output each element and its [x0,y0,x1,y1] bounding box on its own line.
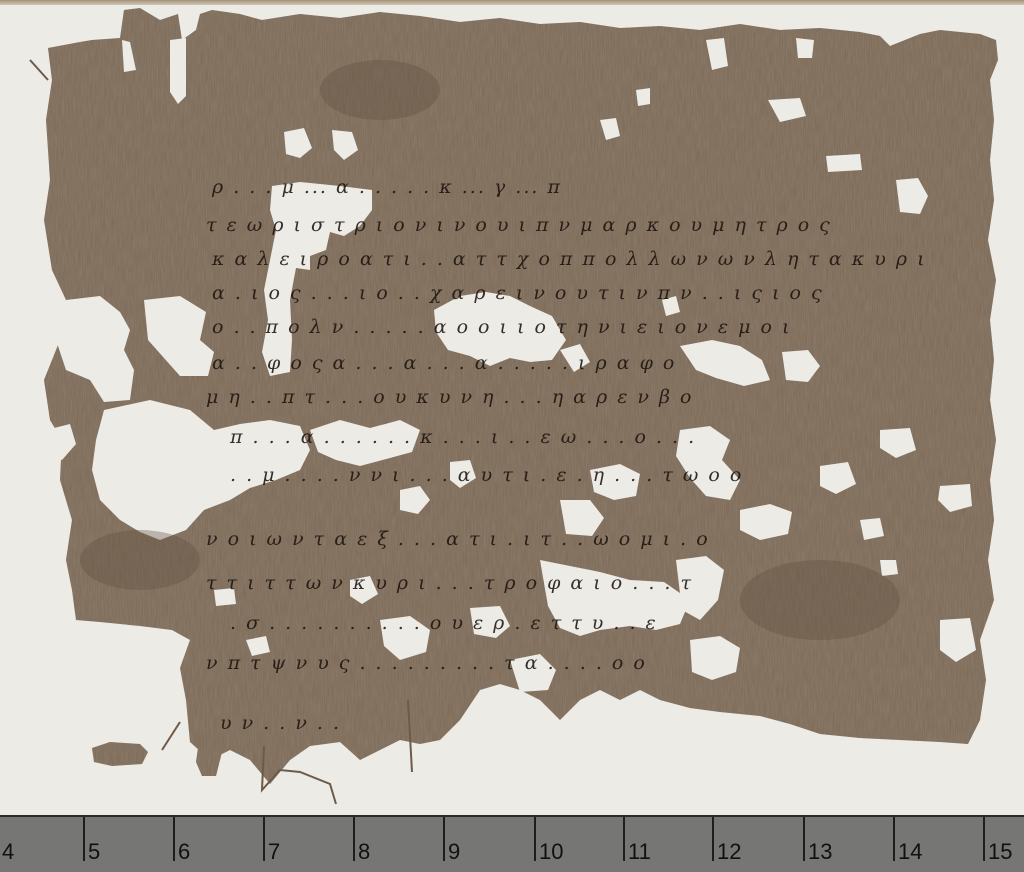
ruler-label-12: 12 [717,839,741,865]
ruler-label-5: 5 [88,839,100,865]
ruler-tick [263,817,265,861]
text-line-7: μ η . . π τ . . . ο υ κ υ ν η . . . η α … [206,386,693,408]
text-line-14: υ ν . . ν . . [220,712,341,734]
text-line-1: ρ . . . μ ... α . . . . . κ ... γ ... π [212,176,562,198]
ruler-label-4: 4 [2,839,14,865]
ruler-label-10: 10 [539,839,563,865]
text-line-9: . . μ . . . . ν ν ι . . . α υ τ ι . ε . … [230,464,743,486]
ruler-label-13: 13 [808,839,832,865]
ruler-label-9: 9 [448,839,460,865]
ruler-tick [173,817,175,861]
ruler-label-8: 8 [358,839,370,865]
ruler-tick [712,817,714,861]
ruler-tick [353,817,355,861]
ruler-tick [893,817,895,861]
ruler-tick [534,817,536,861]
ruler-tick [443,817,445,861]
ruler-tick [623,817,625,861]
centimeter-ruler: 4 5 6 7 8 9 10 11 12 13 14 15 [0,815,1024,872]
text-line-4: α . ι ο ς . . . ι ο . . χ α ρ ε ι ν ο υ … [212,282,824,304]
ruler-label-6: 6 [178,839,190,865]
text-line-8: π . . . α . . . . . . κ . . . ι . . ε ω … [230,426,696,448]
ruler-label-14: 14 [898,839,922,865]
ruler-label-11: 11 [628,839,651,865]
text-line-10: ν ο ι ω ν τ α ε ξ . . . α τ ι . ι τ . . … [206,528,710,550]
text-line-6: α . . φ ο ς α . . . α . . . α . . . . . … [212,352,676,374]
text-line-12: . σ . . . . . . . . . . ο υ ε ρ . ε τ τ … [230,612,658,634]
text-line-5: ο . . π ο λ ν . . . . . α ο ο ι ι ο τ η … [212,316,791,338]
ruler-label-7: 7 [268,839,280,865]
ruler-tick [803,817,805,861]
text-line-3: κ α λ ε ι ρ ο α τ ι . . α τ τ χ ο π π ο … [212,248,927,270]
ruler-label-15: 15 [988,839,1012,865]
text-line-11: τ τ ι τ τ ω ν κ υ ρ ι . . . τ ρ ο φ α ι … [206,572,693,594]
text-line-2: τ ε ω ρ ι σ τ ρ ι ο ν ι ν ο υ ι π ν μ α … [206,214,832,236]
ruler-tick [83,817,85,861]
text-line-13: ν π τ ψ ν υ ς . . . . . . . . . τ α . . … [206,652,647,674]
ruler-tick [983,817,985,861]
